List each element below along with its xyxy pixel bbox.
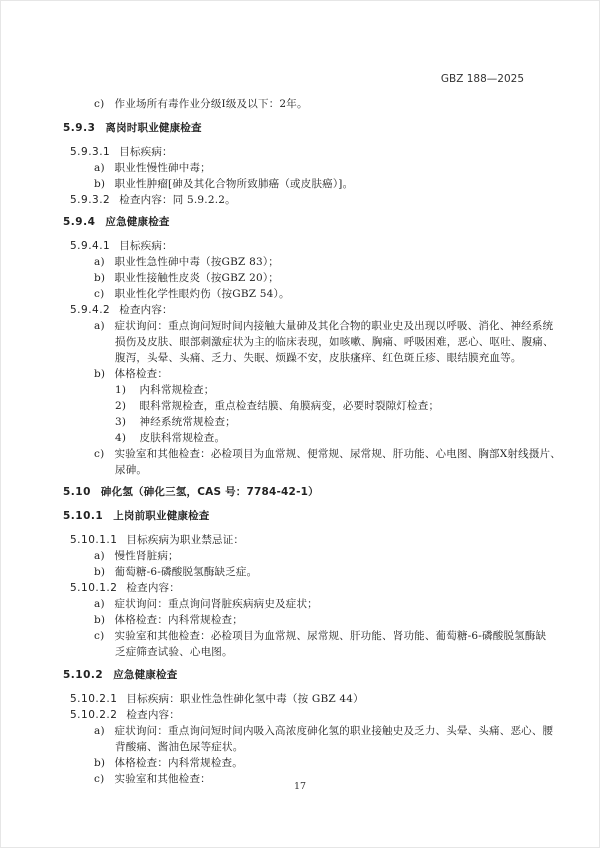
sub-list-item: 2) 眼科常规检查，重点检查结膜、角膜病变，必要时裂隙灯检查； [115,399,439,413]
list-label: b) [94,756,111,770]
list-text: 眼科常规检查，重点检查结膜、角膜病变，必要时裂隙灯检查； [140,400,440,412]
section-title: 离岗时职业健康检查 [105,122,201,134]
list-item: b) 体格检查： [94,367,168,381]
list-text: 症状询问：重点询问短时间内接触大量砷及其化合物的职业史及出现以呼吸、消化、神经系… [115,320,554,332]
section-title: 应急健康检查 [113,669,177,681]
subsection-number: 5.9.4.1 [70,240,110,252]
list-label: c) [94,287,111,301]
list-item: c) 实验室和其他检查：必检项目为血常规、便常规、尿常规、肝功能、心电图、胸部X… [94,447,561,461]
list-label: 4) [115,431,136,445]
list-label: c) [94,97,111,111]
list-item: a) 职业性急性砷中毒（按GBZ 83）； [94,255,279,269]
subsection-heading: 5.10.1.1目标疾病为职业禁忌证： [70,533,244,547]
section-title: 上岗前职业健康检查 [113,510,209,522]
list-item: b) 葡萄糖-6-磷酸脱氢酶缺乏症。 [94,565,257,579]
subsection-number: 5.9.4.2 [70,304,110,316]
list-text-continuation: 乏症筛查试验、心电图。 [115,645,233,659]
section-title: 砷化氢（砷化三氢，CAS 号：7784-42-1） [101,486,319,498]
subsection-number: 5.9.3.1 [70,146,110,158]
list-label: a) [94,597,111,611]
subsection-number: 5.10.1.2 [70,582,117,594]
list-text: 职业性急性砷中毒（按GBZ 83）； [115,256,279,268]
subsection-text: 目标疾病： [119,240,173,252]
list-text: 体格检查： [115,368,169,380]
list-label: a) [94,549,111,563]
list-text: 慢性肾脏病； [115,550,179,562]
subsection-text: 检查内容： [126,582,180,594]
list-label: b) [94,271,111,285]
list-item: b) 体格检查：内科常规检查。 [94,756,243,770]
list-label: 2) [115,399,136,413]
section-number: 5.10.2 [63,669,103,681]
subsection-text: 检查内容： [119,304,173,316]
subsection-text: 检查内容：同 5.9.2.2。 [119,194,236,206]
list-text: 实验室和其他检查：必检项目为血常规、尿常规、肝功能、肾功能、葡萄糖-6-磷酸脱氢… [115,630,547,642]
section-number: 5.10 [63,486,91,498]
section-heading: 5.10砷化氢（砷化三氢，CAS 号：7784-42-1） [63,485,319,499]
list-text: 作业场所有毒作业分级Ⅰ级及以下：2年。 [115,98,308,110]
list-item: a) 症状询问：重点询问短时间内吸入高浓度砷化氢的职业接触史及乏力、头晕、头痛、… [94,724,553,738]
list-item: b) 职业性接触性皮炎（按GBZ 20）； [94,271,279,285]
page-number: 17 [0,781,600,792]
subsection-number: 5.10.1.1 [70,534,117,546]
list-text: 皮肤科常规检查。 [140,432,226,444]
section-heading: 5.9.3离岗时职业健康检查 [63,121,202,135]
list-item: c) 作业场所有毒作业分级Ⅰ级及以下：2年。 [94,97,308,111]
list-text: 体格检查：内科常规检查； [115,614,243,626]
subsection-heading: 5.9.4.1目标疾病： [70,239,173,253]
list-text-continuation: 损伤及皮肤、眼部刺激症状为主的临床表现，如咳嗽、胸痛、呼吸困难，恶心、呕吐、腹痛… [115,335,554,349]
section-number: 5.10.1 [63,510,103,522]
subsection-text: 目标疾病：职业性急性砷化氢中毒（按 GBZ 44） [126,693,363,705]
list-item: a) 慢性肾脏病； [94,549,179,563]
list-item: a) 症状询问：重点询问短时间内接触大量砷及其化合物的职业史及出现以呼吸、消化、… [94,319,553,333]
list-label: 3) [115,415,136,429]
subsection-heading: 5.10.2.2检查内容： [70,708,180,722]
subsection-heading: 5.10.2.1目标疾病：职业性急性砷化氢中毒（按 GBZ 44） [70,692,364,706]
list-label: b) [94,565,111,579]
list-text: 职业性肿瘤[砷及其化合物所致肺癌（或皮肤癌）]。 [115,178,354,190]
sub-list-item: 4) 皮肤科常规检查。 [115,431,225,445]
subsection-number: 5.9.3.2 [70,194,110,206]
list-text-continuation: 腹泻，头晕、头痛、乏力、失眠、烦躁不安，皮肤瘙痒、红色斑丘疹、眼结膜充血等。 [115,351,522,365]
list-label: c) [94,447,111,461]
list-item: c) 职业性化学性眼灼伤（按GBZ 54）。 [94,287,290,301]
sub-list-item: 3) 神经系统常规检查； [115,415,236,429]
list-item: c) 实验室和其他检查：必检项目为血常规、尿常规、肝功能、肾功能、葡萄糖-6-磷… [94,629,546,643]
section-heading: 5.9.4应急健康检查 [63,215,170,229]
subsection-heading: 5.9.4.2检查内容： [70,303,173,317]
section-title: 应急健康检查 [105,216,169,228]
list-item: b) 职业性肿瘤[砷及其化合物所致肺癌（或皮肤癌）]。 [94,177,353,191]
subsection-number: 5.10.2.1 [70,693,117,705]
list-text: 症状询问：重点询问肾脏疾病病史及症状； [115,598,318,610]
list-text: 职业性慢性砷中毒； [115,162,211,174]
list-text: 职业性化学性眼灼伤（按GBZ 54）。 [115,288,290,300]
list-text: 实验室和其他检查：必检项目为血常规、便常规、尿常规、肝功能、心电图、胸部X射线摄… [115,448,561,460]
list-label: a) [94,255,111,269]
section-heading: 5.10.2应急健康检查 [63,668,177,682]
list-text: 内科常规检查； [140,384,215,396]
list-text: 葡萄糖-6-磷酸脱氢酶缺乏症。 [115,566,258,578]
list-item: a) 职业性慢性砷中毒； [94,161,211,175]
subsection-number: 5.10.2.2 [70,709,117,721]
document-id-header: GBZ 188—2025 [441,73,524,85]
subsection-text: 检查内容： [126,709,180,721]
list-text: 神经系统常规检查； [140,416,236,428]
list-text-continuation: 尿砷。 [115,463,147,477]
list-text: 职业性接触性皮炎（按GBZ 20）； [115,272,279,284]
section-number: 5.9.4 [63,216,95,228]
list-label: 1) [115,383,136,397]
list-text: 体格检查：内科常规检查。 [115,757,243,769]
subsection-heading: 5.9.3.2检查内容：同 5.9.2.2。 [70,193,236,207]
section-number: 5.9.3 [63,122,95,134]
subsection-heading: 5.9.3.1目标疾病： [70,145,173,159]
list-label: a) [94,319,111,333]
section-heading: 5.10.1上岗前职业健康检查 [63,509,210,523]
list-label: b) [94,613,111,627]
list-item: b) 体格检查：内科常规检查； [94,613,243,627]
list-label: a) [94,724,111,738]
subsection-text: 目标疾病： [119,146,173,158]
subsection-text: 目标疾病为职业禁忌证： [126,534,244,546]
list-label: b) [94,177,111,191]
list-label: c) [94,629,111,643]
list-text: 症状询问：重点询问短时间内吸入高浓度砷化氢的职业接触史及乏力、头晕、头痛、恶心、… [115,725,554,737]
list-label: a) [94,161,111,175]
sub-list-item: 1) 内科常规检查； [115,383,214,397]
list-label: b) [94,367,111,381]
list-item: a) 症状询问：重点询问肾脏疾病病史及症状； [94,597,318,611]
subsection-heading: 5.10.1.2检查内容： [70,581,180,595]
list-text-continuation: 背酸痛、酱油色尿等症状。 [115,740,243,754]
